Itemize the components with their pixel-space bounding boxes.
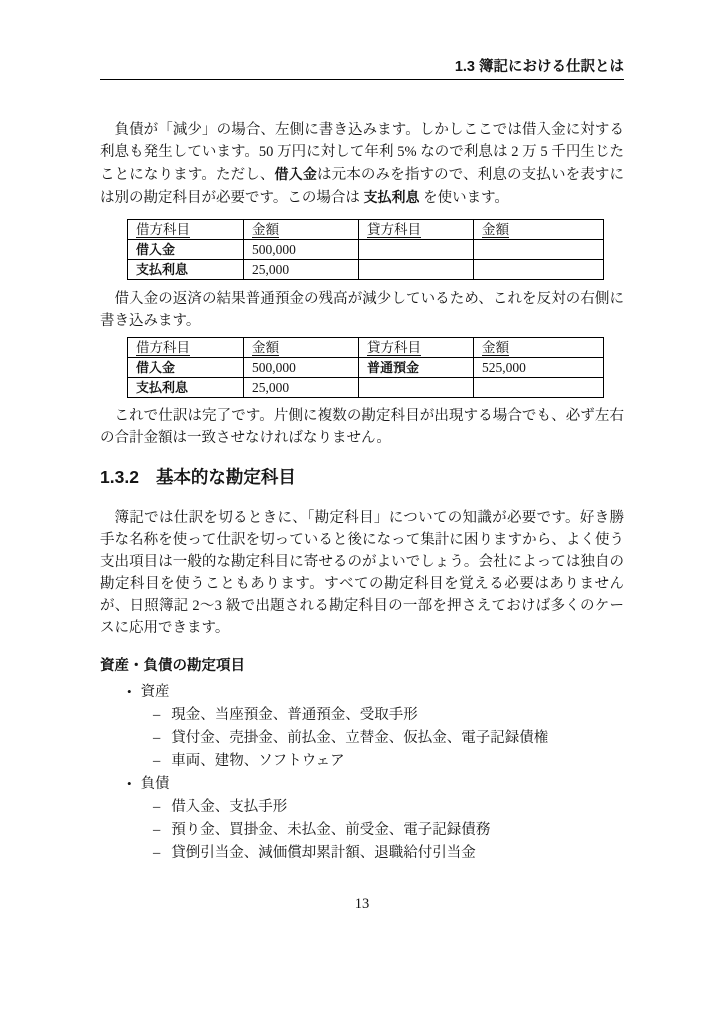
cell-credit-amount xyxy=(474,240,604,260)
section-number: 1.3.2 xyxy=(100,467,139,487)
table-row: 借入金 500,000 xyxy=(128,240,604,260)
section-heading: 1.3.2基本的な勘定科目 xyxy=(100,466,624,488)
cell-credit-account xyxy=(359,240,474,260)
table-header-row: 借方科目 金額 貸方科目 金額 xyxy=(128,220,604,240)
header-credit-amount: 金額 xyxy=(474,220,604,240)
cell-credit-account xyxy=(359,378,474,398)
cell-debit-amount: 25,000 xyxy=(244,378,359,398)
cell-credit-account xyxy=(359,260,474,280)
list-item: – 車両、建物、ソフトウェア xyxy=(100,750,624,772)
bullet-icon: • xyxy=(127,681,132,703)
list-item: – 現金、当座預金、普通預金、受取手形 xyxy=(100,704,624,726)
dash-icon: – xyxy=(153,727,160,749)
running-header: 1.3 簿記における仕訳とは xyxy=(100,0,624,80)
cell-credit-amount xyxy=(474,378,604,398)
header-credit-amount: 金額 xyxy=(474,338,604,358)
list-item: – 貸付金、売掛金、前払金、立替金、仮払金、電子記録債権 xyxy=(100,727,624,749)
list-item-label: 貸倒引当金、減価償却累計額、退職給付引当金 xyxy=(171,842,476,864)
cell-credit-amount: 525,000 xyxy=(474,358,604,378)
dash-icon: – xyxy=(153,842,160,864)
header-credit-account: 貸方科目 xyxy=(359,338,474,358)
cell-credit-account: 普通預金 xyxy=(359,358,474,378)
journal-table-2: 借方科目 金額 貸方科目 金額 借入金 500,000 普通預金 525,000… xyxy=(127,337,604,398)
page-number: 13 xyxy=(0,894,724,914)
paragraph-repayment: 借入金の返済の結果普通預金の残高が減少しているため、これを反対の右側に書き込みま… xyxy=(100,288,624,332)
cell-debit-account: 支払利息 xyxy=(128,260,244,280)
paragraph-journal-complete: これで仕訳は完了です。片側に複数の勘定科目が出現する場合でも、必ず左右の合計金額… xyxy=(100,405,624,449)
list-item: – 貸倒引当金、減価償却累計額、退職給付引当金 xyxy=(100,842,624,864)
list-item-liabilities: • 負債 xyxy=(100,773,624,795)
journal-table-1: 借方科目 金額 貸方科目 金額 借入金 500,000 支払利息 25,000 xyxy=(127,219,604,280)
cell-debit-account: 借入金 xyxy=(128,240,244,260)
list-item-label: 貸付金、売掛金、前払金、立替金、仮払金、電子記録債権 xyxy=(171,727,548,749)
accounts-list-heading: 資産・負債の勘定項目 xyxy=(100,656,624,676)
cell-debit-account: 借入金 xyxy=(128,358,244,378)
document-page: 1.3 簿記における仕訳とは 負債が「減少」の場合、左側に書き込みます。しかしこ… xyxy=(0,0,724,1024)
accounts-list: • 資産 – 現金、当座預金、普通預金、受取手形 – 貸付金、売掛金、前払金、立… xyxy=(100,681,624,864)
dash-icon: – xyxy=(153,704,160,726)
table-row: 支払利息 25,000 xyxy=(128,260,604,280)
header-debit-account: 借方科目 xyxy=(128,338,244,358)
table-row: 借入金 500,000 普通預金 525,000 xyxy=(128,358,604,378)
bullet-icon: • xyxy=(127,773,132,795)
paragraph-interest-explanation: 負債が「減少」の場合、左側に書き込みます。しかしここでは借入金に対する利息も発生… xyxy=(100,119,624,209)
header-debit-amount: 金額 xyxy=(244,220,359,240)
list-item-label: 預り金、買掛金、未払金、前受金、電子記録債務 xyxy=(171,819,490,841)
list-item-assets: • 資産 xyxy=(100,681,624,703)
table-header-row: 借方科目 金額 貸方科目 金額 xyxy=(128,338,604,358)
list-item-label: 資産 xyxy=(141,681,170,703)
cell-debit-amount: 500,000 xyxy=(244,240,359,260)
section-title: 基本的な勘定科目 xyxy=(156,467,296,487)
list-item: – 預り金、買掛金、未払金、前受金、電子記録債務 xyxy=(100,819,624,841)
list-item-label: 現金、当座預金、普通預金、受取手形 xyxy=(171,704,418,726)
dash-icon: – xyxy=(153,819,160,841)
header-debit-amount: 金額 xyxy=(244,338,359,358)
list-item-label: 借入金、支払手形 xyxy=(171,796,287,818)
cell-debit-account: 支払利息 xyxy=(128,378,244,398)
table-row: 支払利息 25,000 xyxy=(128,378,604,398)
list-item: – 借入金、支払手形 xyxy=(100,796,624,818)
running-header-title: 1.3 簿記における仕訳とは xyxy=(455,59,624,75)
dash-icon: – xyxy=(153,796,160,818)
header-credit-account: 貸方科目 xyxy=(359,220,474,240)
list-item-label: 負債 xyxy=(141,773,170,795)
paragraph-text: を使います。 xyxy=(419,190,508,206)
page-content: 1.3 簿記における仕訳とは 負債が「減少」の場合、左側に書き込みます。しかしこ… xyxy=(100,0,624,864)
dash-icon: – xyxy=(153,750,160,772)
cell-debit-amount: 25,000 xyxy=(244,260,359,280)
paragraph-account-titles: 簿記では仕訳を切るときに、「勘定科目」についての知識が必要です。好き勝手な名称を… xyxy=(100,507,624,639)
cell-debit-amount: 500,000 xyxy=(244,358,359,378)
header-debit-account: 借方科目 xyxy=(128,220,244,240)
term-kariirekin: 借入金 xyxy=(275,166,317,182)
term-shiharai-risoku: 支払利息 xyxy=(363,189,419,205)
cell-credit-amount xyxy=(474,260,604,280)
list-item-label: 車両、建物、ソフトウェア xyxy=(171,750,344,772)
